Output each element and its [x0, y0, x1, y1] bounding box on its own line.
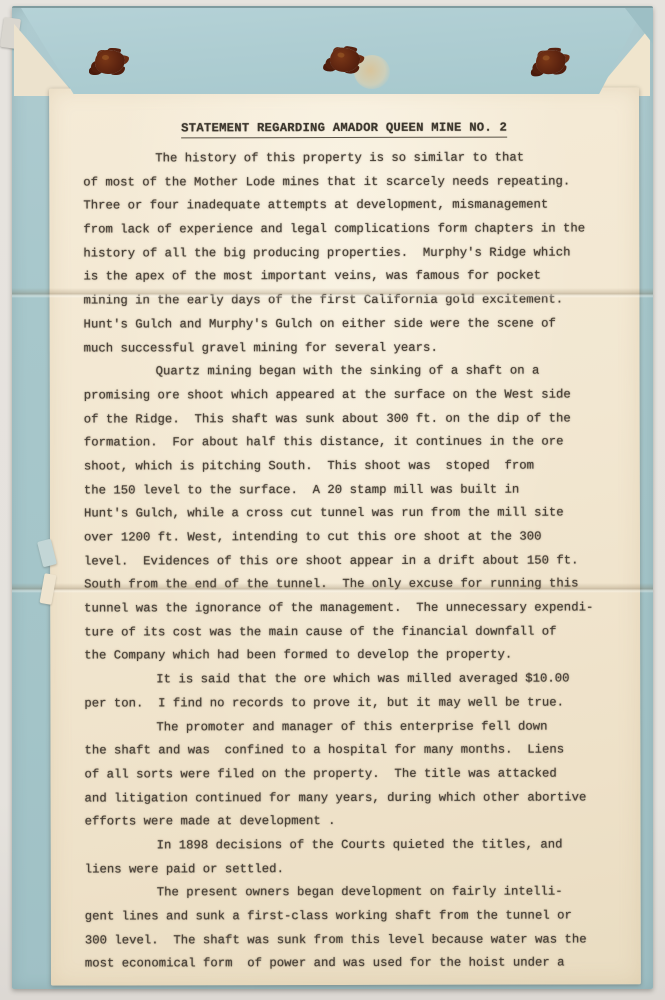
text-line: is the apex of the most important veins,…	[83, 265, 639, 290]
text-line: Three or four inadequate attempts at dev…	[83, 194, 639, 219]
text-line: The promoter and manager of this enterpr…	[84, 715, 640, 740]
text-line: Hunt's Gulch and Murphy's Gulch on eithe…	[84, 312, 640, 337]
text-line: level. Evidences of this ore shoot appea…	[84, 549, 640, 574]
text-line: The present owners began development on …	[85, 881, 641, 906]
text-line: mining in the early days of the first Ca…	[83, 289, 639, 314]
text-line: promising ore shoot which appeared at th…	[84, 383, 640, 408]
text-line: the shaft and was confined to a hospital…	[84, 739, 640, 764]
text-line: the Company which had been formed to dev…	[84, 644, 640, 669]
text-line: Hunt's Gulch, while a cross cut tunnel w…	[84, 502, 640, 527]
text-line: Quartz mining began with the sinking of …	[84, 360, 640, 385]
text-line: from lack of experience and legal compli…	[83, 217, 639, 242]
text-line: In 1898 decisions of the Courts quieted …	[85, 833, 641, 858]
text-line: It is said that the ore which was milled…	[84, 668, 640, 693]
document-body: The history of this property is so simil…	[49, 146, 641, 976]
text-line: history of all the big producing propert…	[83, 241, 639, 266]
letter-page: STATEMENT REGARDING AMADOR QUEEN MINE NO…	[49, 87, 641, 985]
text-line: the 150 level to the surface. A 20 stamp…	[84, 478, 640, 503]
text-line: of most of the Mother Lode mines that it…	[83, 170, 639, 195]
text-line: The history of this property is so simil…	[83, 146, 639, 171]
document-title: STATEMENT REGARDING AMADOR QUEEN MINE NO…	[49, 119, 639, 136]
text-line: formation. For about half this distance,…	[84, 431, 640, 456]
text-line: most economical form of power and was us…	[85, 952, 641, 977]
text-line: over 1200 ft. West, intending to cut thi…	[84, 525, 640, 550]
text-line: of all sorts were filed on the property.…	[84, 762, 640, 787]
text-line: ture of its cost was the main cause of t…	[84, 620, 640, 645]
photo-backdrop: STATEMENT REGARDING AMADOR QUEEN MINE NO…	[0, 0, 665, 1000]
text-line: of the Ridge. This shaft was sunk about …	[84, 407, 640, 432]
text-line: gent lines and sunk a first-class workin…	[85, 904, 641, 929]
text-line: shoot, which is pitching South. This sho…	[84, 454, 640, 479]
text-line: liens were paid or settled.	[85, 857, 641, 882]
text-line: much successful gravel mining for severa…	[84, 336, 640, 361]
text-line: and litigation continued for many years,…	[85, 786, 641, 811]
text-line: tunnel was the ignorance of the manageme…	[84, 596, 640, 621]
text-line: per ton. I find no records to prove it, …	[84, 691, 640, 716]
text-line: 300 level. The shaft was sunk from this …	[85, 928, 641, 953]
text-line: South from the end of the tunnel. The on…	[84, 573, 640, 598]
text-line: efforts were made at development .	[85, 810, 641, 835]
